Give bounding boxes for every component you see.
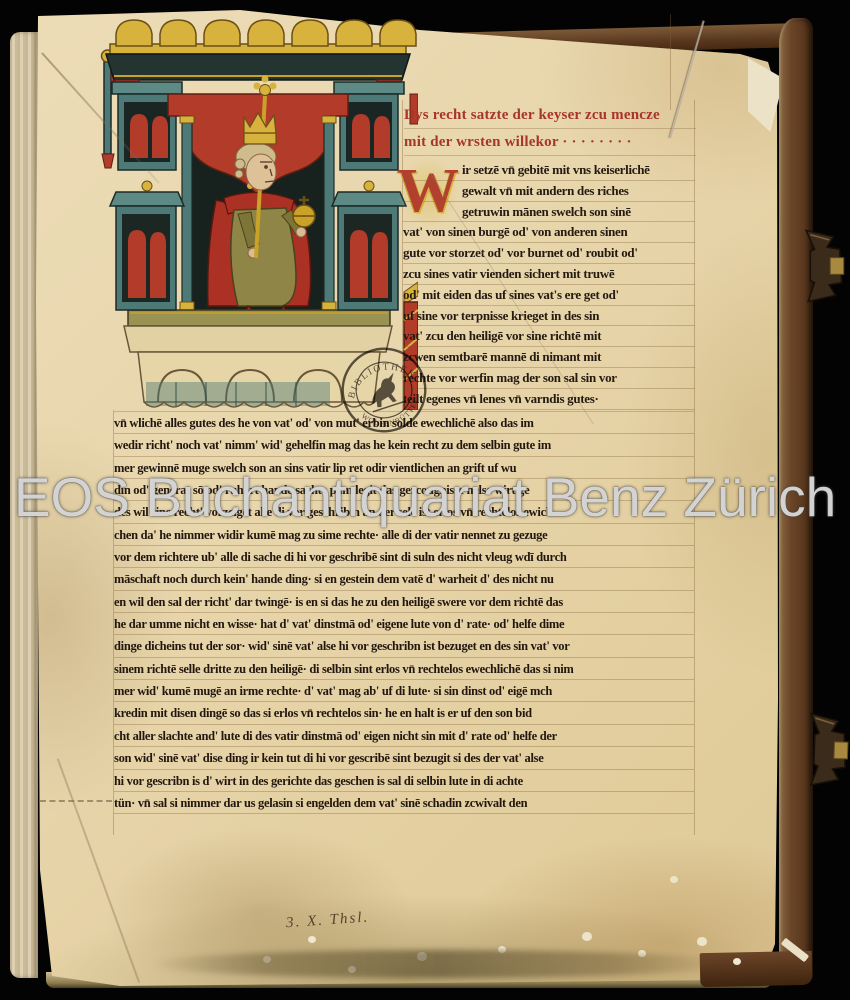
text-line: son wid' sinē vat' dise ding ir kein tut… — [114, 747, 694, 769]
text-line: tün· vn̄ sal si nimmer dar us gelasin si… — [114, 792, 694, 814]
library-stamp: BIBLIOTHEK WOLFENBÜTTEL — [336, 342, 432, 438]
rubric-block: Dys recht satzte der keyser zcu mencze m… — [404, 102, 696, 156]
text-line: māschaft noch durch kein' hande ding· si… — [114, 568, 694, 590]
text-line: dinge dicheins tut der sor· wid' sinē va… — [114, 635, 694, 657]
text-line: rechte vor werfin mag der son sal sin vo… — [403, 368, 695, 389]
book-clasp-bottom — [804, 705, 850, 795]
text-line: vat' von sinen burgē od' von anderen sin… — [403, 222, 695, 243]
text-line: vor dem richtere ub' alle di sache di hi… — [114, 546, 694, 568]
lower-tower-left — [110, 181, 184, 310]
rubric-line: mit der wrsten willekor · · · · · · · · — [404, 129, 696, 156]
manuscript-photo: Dys recht satzte der keyser zcu mencze m… — [0, 0, 850, 1000]
text-line: zcu sines vatir vienden sichert mit truw… — [403, 264, 695, 285]
text-line: uf sine vor terpnisse krieget in des sin — [403, 306, 695, 327]
bottom-stain — [150, 950, 730, 978]
text-line: vat' zcu den heiligē vor sine richtē mit — [403, 326, 695, 347]
watermark: EOS Buchantiquariat Benz Zürich — [0, 452, 850, 542]
text-line: hi vor gescribn is d' wirt in des gerich… — [114, 770, 694, 792]
rubric-line: Dys recht satzte der keyser zcu mencze — [404, 102, 696, 129]
damage-spots — [0, 0, 4, 3]
lower-tower-right — [332, 181, 406, 310]
text-line: en wil den sal der richt' dar twingē· is… — [114, 591, 694, 613]
ruling-dashes — [40, 800, 112, 802]
text-line: cht aller slachte and' lute di des vatir… — [114, 725, 694, 747]
text-line: getruwin mānen swelch son sinē — [403, 202, 695, 223]
text-line: teilt egenes vn̄ lenes vn̄ varndis gutes… — [403, 389, 695, 410]
margin-ruling-line — [670, 14, 671, 110]
text-line: sinem richtē selle dritte zu den heiligē… — [114, 658, 694, 680]
leather-cover-bottom-corner — [700, 951, 813, 987]
text-line: mer wid' kumē mugē an irme rechte· d' va… — [114, 680, 694, 702]
book-clasp-top — [802, 222, 850, 310]
text-line: kredin mit disen dingē so das si erlos v… — [114, 702, 694, 724]
text-line: he dar umme nicht en wisse· hat d' vat' … — [114, 613, 694, 635]
text-line: od' mit eiden das uf sines vat's ere get… — [403, 285, 695, 306]
text-line: ir setzē vn̄ gebitē mit vns keiserlichē — [403, 160, 695, 181]
text-line: gute vor storzet od' vor burnet od' roub… — [403, 243, 695, 264]
